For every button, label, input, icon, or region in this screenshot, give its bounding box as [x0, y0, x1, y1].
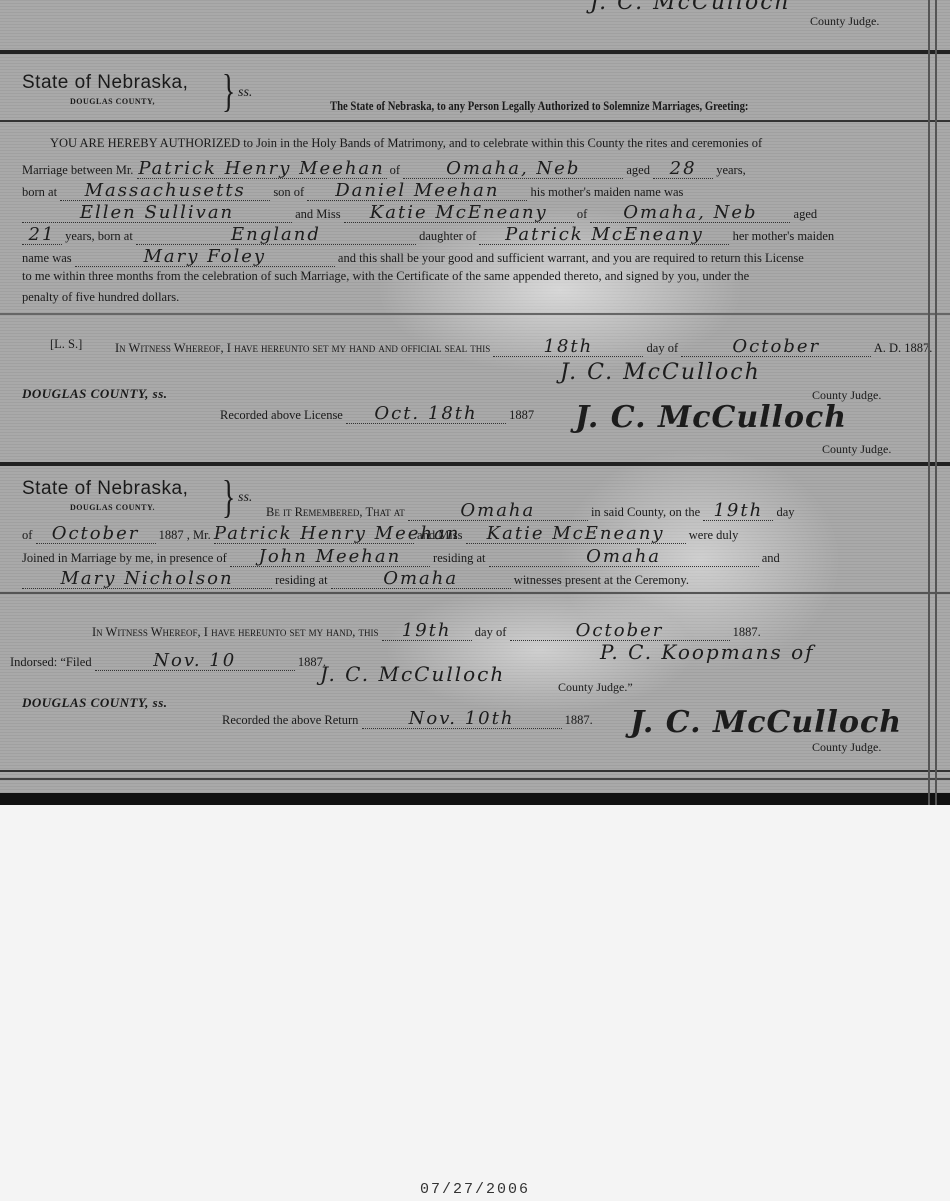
marriage-day: 19th	[703, 502, 773, 521]
license-line-2: Marriage between Mr. Patrick Henry Meeha…	[22, 160, 746, 179]
bride-father: Patrick McEneany	[479, 226, 729, 245]
recorded-return-date: Nov. 10th	[362, 710, 562, 729]
certificate-witness-line: In Witness Whereof, I have hereunto set …	[92, 622, 761, 641]
top-judge-title: County Judge.	[810, 14, 879, 29]
certificate-groom: Patrick Henry Meehan	[214, 525, 414, 544]
groom-mother: Ellen Sullivan	[22, 204, 292, 223]
recorded-license-line: Recorded above License Oct. 18th 1887	[220, 405, 534, 424]
brace: }	[222, 64, 235, 117]
license-line-6: name was Mary Foley and this shall be yo…	[22, 248, 804, 267]
filed-date: Nov. 10	[95, 652, 295, 671]
license-line-4: Ellen Sullivan and Miss Katie McEneany o…	[22, 204, 817, 223]
license-heading: The State of Nebraska, to any Person Leg…	[330, 98, 748, 114]
indorsed-title: County Judge.”	[558, 680, 633, 695]
groom-residence: Omaha, Neb	[403, 160, 623, 179]
license-witness-line: In Witness Whereof, I have hereunto set …	[115, 338, 932, 357]
bride-birthplace: England	[136, 226, 416, 245]
certificate-line-1: Be it Remembered, That at Omaha in said …	[266, 502, 795, 521]
witness-2-name: Mary Nicholson	[22, 570, 272, 589]
witness-2-residence: Omaha	[331, 570, 511, 589]
top-judge-signature: J. C. McCulloch	[590, 0, 791, 15]
license-witness-day: 18th	[493, 338, 643, 357]
recorded-return-signature: J. C. McCulloch	[630, 705, 902, 740]
rule	[0, 120, 950, 122]
certificate-line-4: Mary Nicholson residing at Omaha witness…	[22, 570, 689, 589]
section-divider	[0, 462, 950, 466]
indorsed-line: Indorsed: “Filed Nov. 10 1887.	[10, 652, 326, 671]
certificate-county-label: DOUGLAS COUNTY.	[70, 503, 155, 512]
rule	[0, 770, 950, 772]
rule	[0, 313, 950, 315]
state-label: State of Nebraska,	[22, 72, 188, 94]
license-witness-month: October	[681, 338, 871, 357]
certificate-witness-month: October	[510, 622, 730, 641]
brace: }	[222, 470, 235, 523]
certificate-state-label: State of Nebraska,	[22, 478, 188, 500]
bride-mother: Mary Foley	[75, 248, 335, 267]
witness-1-residence: Omaha	[489, 548, 759, 567]
certificate-bride: Katie McEneany	[466, 525, 686, 544]
section-divider	[0, 50, 950, 54]
groom-age: 28	[653, 160, 713, 179]
certificate-witness-day: 19th	[382, 622, 472, 641]
scanned-document: J. C. McCulloch County Judge. State of N…	[0, 0, 950, 805]
bride-name: Katie McEneany	[344, 204, 574, 223]
recorded-license-signature: J. C. McCulloch	[575, 400, 847, 435]
ss-label: ss.	[238, 85, 252, 101]
certificate-line-2: of October 1887 , Mr. Patrick Henry Meeh…	[22, 525, 738, 544]
indorsed-signature: J. C. McCulloch	[320, 662, 505, 686]
certificate-ss-label: ss.	[238, 490, 252, 506]
county-label: DOUGLAS COUNTY,	[70, 97, 155, 106]
bride-residence: Omaha, Neb	[590, 204, 790, 223]
print-date: 07/27/2006	[0, 1181, 950, 1198]
recorded-return-title: County Judge.	[812, 740, 881, 755]
groom-father: Daniel Meehan	[307, 182, 527, 201]
margin-rule	[935, 0, 937, 805]
witness-1-name: John Meehan	[230, 548, 430, 567]
douglas-county-label: DOUGLAS COUNTY, ss.	[22, 386, 168, 402]
groom-birthplace: Massachusetts	[60, 182, 270, 201]
license-judge-signature: J. C. McCulloch	[560, 360, 761, 385]
margin-rule	[928, 0, 930, 805]
rule	[0, 778, 950, 780]
scan-edge	[0, 793, 950, 805]
recorded-license-date: Oct. 18th	[346, 405, 506, 424]
seal-label: [L. S.]	[50, 338, 82, 351]
license-line-7: to me within three months from the celeb…	[22, 270, 749, 283]
license-line-5: 21 years, born at England daughter of Pa…	[22, 226, 834, 245]
groom-name: Patrick Henry Meehan	[137, 160, 387, 179]
recorded-return-line: Recorded the above Return Nov. 10th 1887…	[222, 710, 593, 729]
certificate-line-3: Joined in Marriage by me, in presence of…	[22, 548, 780, 567]
rule	[0, 592, 950, 594]
license-line-1: YOU ARE HEREBY AUTHORIZED to Join in the…	[50, 137, 762, 150]
license-line-8: penalty of five hundred dollars.	[22, 291, 179, 304]
officiant-signature: P. C. Koopmans of	[600, 640, 815, 664]
marriage-place: Omaha	[408, 502, 588, 521]
recorded-license-title: County Judge.	[822, 442, 891, 457]
bride-age: 21	[22, 226, 62, 245]
douglas-county-label-2: DOUGLAS COUNTY, ss.	[22, 695, 168, 711]
license-line-3: born at Massachusetts son of Daniel Meeh…	[22, 182, 683, 201]
marriage-month: October	[36, 525, 156, 544]
